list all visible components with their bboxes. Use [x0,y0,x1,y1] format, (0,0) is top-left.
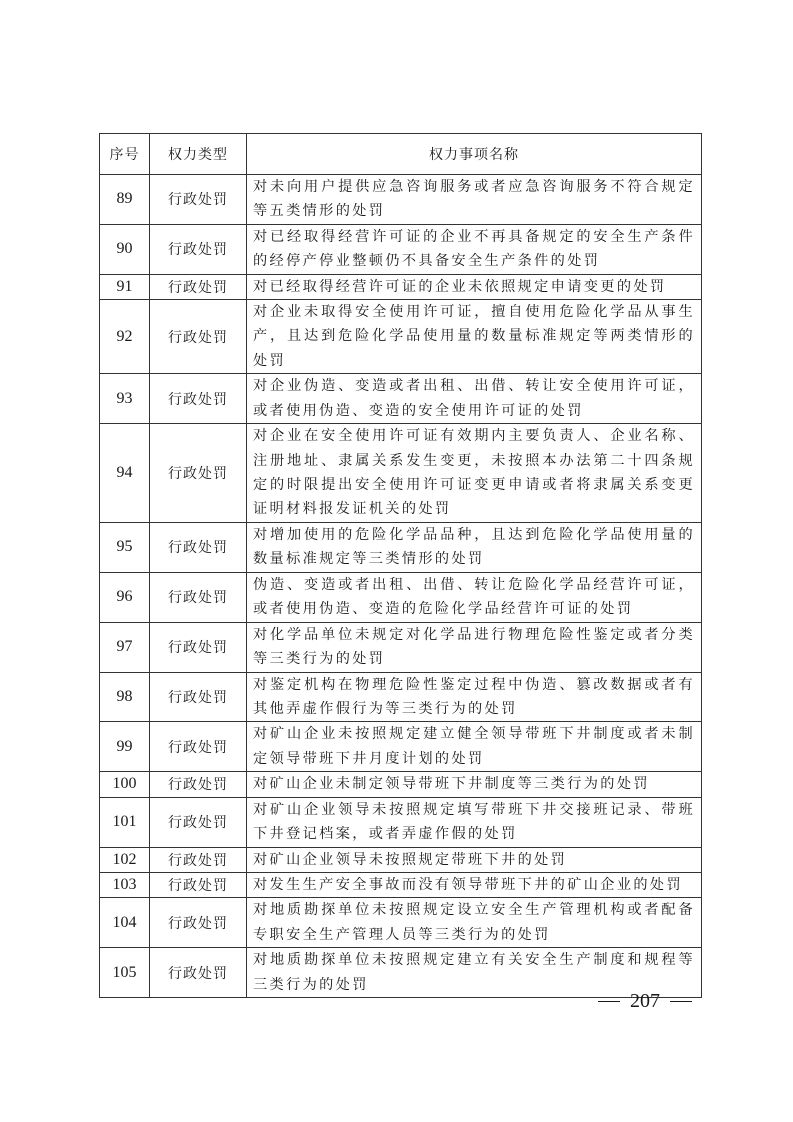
page-number-footer: 207 [598,990,708,1013]
power-type-cell: 行政处罚 [150,374,247,424]
table-header-row: 序号 权力类型 权力事项名称 [100,134,702,175]
table-row: 104行政处罚对地质勘探单位未按照规定设立安全生产管理机构或者配备专职安全生产管… [100,898,702,948]
power-type-cell: 行政处罚 [150,572,247,622]
power-type-cell: 行政处罚 [150,622,247,672]
power-item-name-cell: 对矿山企业领导未按照规定填写带班下井交接班记录、带班下井登记档案，或者弄虚作假的… [247,797,702,847]
serial-number-cell: 95 [100,523,150,573]
serial-number-cell: 103 [100,872,150,897]
serial-number-cell: 90 [100,224,150,274]
serial-number-cell: 102 [100,847,150,872]
table-row: 101行政处罚对矿山企业领导未按照规定填写带班下井交接班记录、带班下井登记档案，… [100,797,702,847]
serial-number-cell: 96 [100,572,150,622]
power-type-cell: 行政处罚 [150,672,247,722]
serial-number-cell: 91 [100,274,150,299]
power-item-name-cell: 对鉴定机构在物理危险性鉴定过程中伪造、篡改数据或者有其他弄虚作假行为等三类行为的… [247,672,702,722]
table-row: 91行政处罚对已经取得经营许可证的企业未依照规定申请变更的处罚 [100,274,702,299]
serial-number-cell: 92 [100,300,150,374]
table-row: 90行政处罚对已经取得经营许可证的企业不再具备规定的安全生产条件的经停产停业整顿… [100,224,702,274]
power-item-name-cell: 对矿山企业未制定领导带班下井制度等三类行为的处罚 [247,772,702,797]
table-row: 97行政处罚对化学品单位未规定对化学品进行物理危险性鉴定或者分类等三类行为的处罚 [100,622,702,672]
power-item-name-cell: 对化学品单位未规定对化学品进行物理危险性鉴定或者分类等三类行为的处罚 [247,622,702,672]
table-row: 93行政处罚对企业伪造、变造或者出租、出借、转让安全使用许可证，或者使用伪造、变… [100,374,702,424]
dash-right [670,1001,692,1003]
serial-number-cell: 89 [100,175,150,225]
table-row: 99行政处罚对矿山企业未按照规定建立健全领导带班下井制度或者未制定领导带班下井月… [100,722,702,772]
power-item-name-cell: 对企业在安全使用许可证有效期内主要负责人、企业名称、注册地址、隶属关系发生变更，… [247,424,702,523]
power-item-name-cell: 对企业伪造、变造或者出租、出借、转让安全使用许可证，或者使用伪造、变造的安全使用… [247,374,702,424]
power-type-cell: 行政处罚 [150,274,247,299]
serial-number-cell: 105 [100,948,150,998]
header-power-item-name: 权力事项名称 [247,134,702,175]
power-type-cell: 行政处罚 [150,722,247,772]
serial-number-cell: 98 [100,672,150,722]
power-type-cell: 行政处罚 [150,948,247,998]
table-row: 96行政处罚伪造、变造或者出租、出借、转让危险化学品经营许可证，或者使用伪造、变… [100,572,702,622]
power-item-name-cell: 对地质勘探单位未按照规定设立安全生产管理机构或者配备专职安全生产管理人员等三类行… [247,898,702,948]
power-type-cell: 行政处罚 [150,898,247,948]
power-type-cell: 行政处罚 [150,847,247,872]
power-type-cell: 行政处罚 [150,224,247,274]
table-row: 92行政处罚对企业未取得安全使用许可证，擅自使用危险化学品从事生产，且达到危险化… [100,300,702,374]
table-row: 94行政处罚对企业在安全使用许可证有效期内主要负责人、企业名称、注册地址、隶属关… [100,424,702,523]
header-serial-number: 序号 [100,134,150,175]
serial-number-cell: 100 [100,772,150,797]
power-item-name-cell: 对未向用户提供应急咨询服务或者应急咨询服务不符合规定等五类情形的处罚 [247,175,702,225]
power-type-cell: 行政处罚 [150,175,247,225]
power-items-table: 序号 权力类型 权力事项名称 89行政处罚对未向用户提供应急咨询服务或者应急咨询… [99,133,702,998]
serial-number-cell: 104 [100,898,150,948]
serial-number-cell: 101 [100,797,150,847]
power-item-name-cell: 对企业未取得安全使用许可证，擅自使用危险化学品从事生产，且达到危险化学品使用量的… [247,300,702,374]
serial-number-cell: 97 [100,622,150,672]
power-type-cell: 行政处罚 [150,300,247,374]
power-item-name-cell: 对矿山企业未按照规定建立健全领导带班下井制度或者未制定领导带班下井月度计划的处罚 [247,722,702,772]
power-type-cell: 行政处罚 [150,872,247,897]
power-type-cell: 行政处罚 [150,424,247,523]
header-power-type: 权力类型 [150,134,247,175]
table-row: 95行政处罚对增加使用的危险化学品品种，且达到危险化学品使用量的数量标准规定等三… [100,523,702,573]
power-type-cell: 行政处罚 [150,772,247,797]
power-item-name-cell: 伪造、变造或者出租、出借、转让危险化学品经营许可证，或者使用伪造、变造的危险化学… [247,572,702,622]
table-row: 103行政处罚对发生生产安全事故而没有领导带班下井的矿山企业的处罚 [100,872,702,897]
table-row: 102行政处罚对矿山企业领导未按照规定带班下井的处罚 [100,847,702,872]
power-item-name-cell: 对发生生产安全事故而没有领导带班下井的矿山企业的处罚 [247,872,702,897]
table-row: 100行政处罚对矿山企业未制定领导带班下井制度等三类行为的处罚 [100,772,702,797]
power-item-name-cell: 对增加使用的危险化学品品种，且达到危险化学品使用量的数量标准规定等三类情形的处罚 [247,523,702,573]
table-body: 89行政处罚对未向用户提供应急咨询服务或者应急咨询服务不符合规定等五类情形的处罚… [100,175,702,998]
power-item-name-cell: 对已经取得经营许可证的企业不再具备规定的安全生产条件的经停产停业整顿仍不具备安全… [247,224,702,274]
power-item-name-cell: 对矿山企业领导未按照规定带班下井的处罚 [247,847,702,872]
serial-number-cell: 94 [100,424,150,523]
serial-number-cell: 93 [100,374,150,424]
serial-number-cell: 99 [100,722,150,772]
table-row: 89行政处罚对未向用户提供应急咨询服务或者应急咨询服务不符合规定等五类情形的处罚 [100,175,702,225]
power-type-cell: 行政处罚 [150,523,247,573]
page-number: 207 [630,990,660,1013]
power-type-cell: 行政处罚 [150,797,247,847]
power-item-name-cell: 对已经取得经营许可证的企业未依照规定申请变更的处罚 [247,274,702,299]
table-row: 98行政处罚对鉴定机构在物理危险性鉴定过程中伪造、篡改数据或者有其他弄虚作假行为… [100,672,702,722]
dash-left [598,1001,620,1003]
